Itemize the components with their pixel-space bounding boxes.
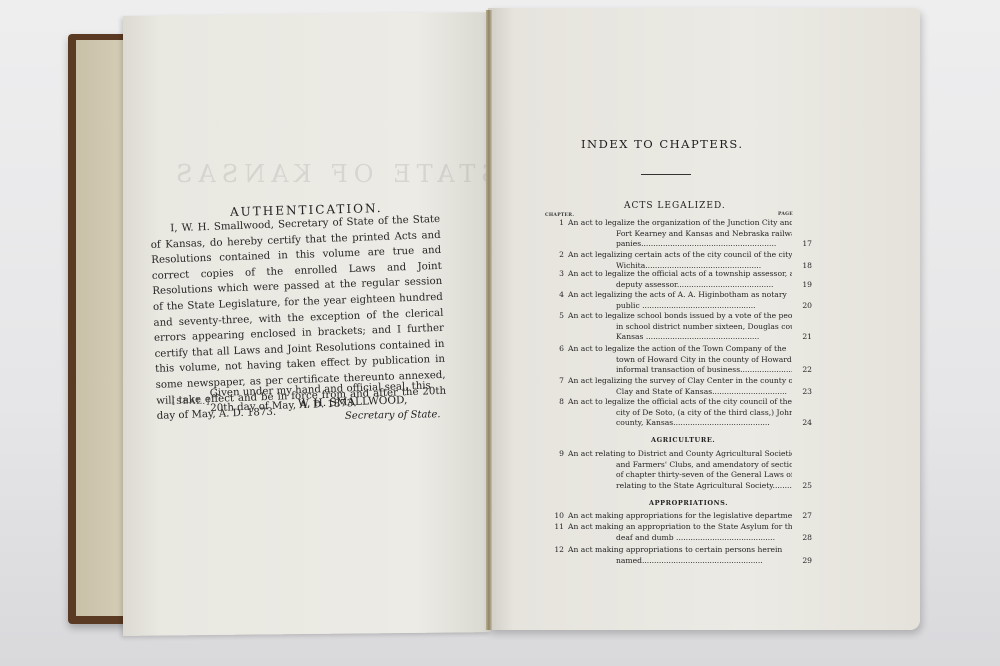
section-heading-acts-legalized: ACTS LEGALIZED. [624,201,726,211]
page-number: 18 [796,261,812,272]
page-number: 24 [796,418,812,429]
chapter-title-line: An act to legalize the official acts of … [568,397,792,408]
title-rule [641,174,691,175]
chapter-title: An act to legalize the action of the Tow… [568,344,792,376]
section-heading-agriculture: AGRICULTURE. [651,436,715,444]
chapter-title-line: town of Howard City in the county of How… [568,355,792,366]
chapter-number: 9 [552,449,564,460]
page-number: 19 [796,280,812,291]
chapter-title-line: and Farmers' Clubs, and amendatory of se… [568,460,792,471]
chapter-number: 5 [552,311,564,322]
chapter-title-line: city of De Soto, (a city of the third cl… [568,408,792,419]
chapter-number: 2 [552,250,564,261]
chapter-title: An act to legalize school bonds issued b… [568,311,792,343]
chapter-title-line: Kansas .................................… [568,332,792,343]
chapter-number: 12 [552,545,564,556]
section-heading-appropriations: APPROPRIATIONS. [649,499,728,507]
chapter-title: An act legalizing the acts of A. A. Higi… [568,290,792,311]
index-title: INDEX TO CHAPTERS. [581,137,744,151]
page-number: 29 [796,556,812,567]
chapter-title-line: Clay and State of Kansas................… [568,387,792,398]
page-number: 25 [796,481,812,492]
chapter-title-line: An act legalizing certain acts of the ci… [568,250,792,261]
chapter-title-line: public .................................… [568,301,792,312]
chapter-title-line: An act to legalize the organization of t… [568,218,792,229]
chapter-title: An act making appropriations for the leg… [568,511,792,522]
chapter-title: An act to legalize the official acts of … [568,269,792,290]
chapter-title-line: An act to legalize the official acts of … [568,269,792,280]
bleed-through-text: STATE OF KANSAS [170,160,498,188]
chapter-number: 6 [552,344,564,355]
column-header-page: PAGE [778,212,793,217]
seal-label: [SEAL.] [172,397,210,406]
chapter-title: An act making an appropriation to the St… [568,522,792,543]
chapter-title-line: county, Kansas..........................… [568,418,792,429]
chapter-title-line: An act making an appropriation to the St… [568,522,792,533]
page-number: 22 [796,365,812,376]
chapter-number: 1 [552,218,564,229]
chapter-title-line: deputy assessor.........................… [568,280,792,291]
chapter-title: An act to legalize the official acts of … [568,397,792,429]
page-number: 20 [796,301,812,312]
chapter-title-line: An act making appropriations for the leg… [568,511,792,522]
chapter-title: An act making appropriations to certain … [568,545,792,566]
chapter-number: 3 [552,269,564,280]
chapter-title-line: deaf and dumb ..........................… [568,533,792,544]
page-number: 23 [796,387,812,398]
chapter-title-line: An act legalizing the acts of A. A. Higi… [568,290,792,301]
chapter-number: 10 [552,511,564,522]
signer-title: Secretary of State. [345,409,441,422]
page-number: 27 [796,511,812,522]
chapter-number: 4 [552,290,564,301]
chapter-title-line: An act making appropriations to certain … [568,545,792,556]
chapter-title-line: panies..................................… [568,239,792,250]
chapter-title: An act legalizing the survey of Clay Cen… [568,376,792,397]
page-number: 28 [796,533,812,544]
chapter-title: An act relating to District and County A… [568,449,792,491]
chapter-number: 11 [552,522,564,533]
chapter-title: An act to legalize the organization of t… [568,218,792,250]
chapter-title-line: An act relating to District and County A… [568,449,792,460]
chapter-title-line: of chapter thirty-seven of the General L… [568,470,792,481]
book-gutter [486,10,492,630]
chapter-title-line: relating to the State Agricultural Socie… [568,481,792,492]
chapter-number: 8 [552,397,564,408]
chapter-title-line: informal transaction of business........… [568,365,792,376]
chapter-title-line: An act to legalize the action of the Tow… [568,344,792,355]
chapter-title-line: An act to legalize school bonds issued b… [568,311,792,322]
page-number: 17 [796,239,812,250]
chapter-title-line: Fort Kearney and Kansas and Nebraska rai… [568,229,792,240]
chapter-title-line: named...................................… [568,556,792,567]
chapter-title-line: in school district number sixteen, Dougl… [568,322,792,333]
chapter-number: 7 [552,376,564,387]
page-number: 21 [796,332,812,343]
chapter-title: An act legalizing certain acts of the ci… [568,250,792,271]
chapter-title-line: An act legalizing the survey of Clay Cen… [568,376,792,387]
